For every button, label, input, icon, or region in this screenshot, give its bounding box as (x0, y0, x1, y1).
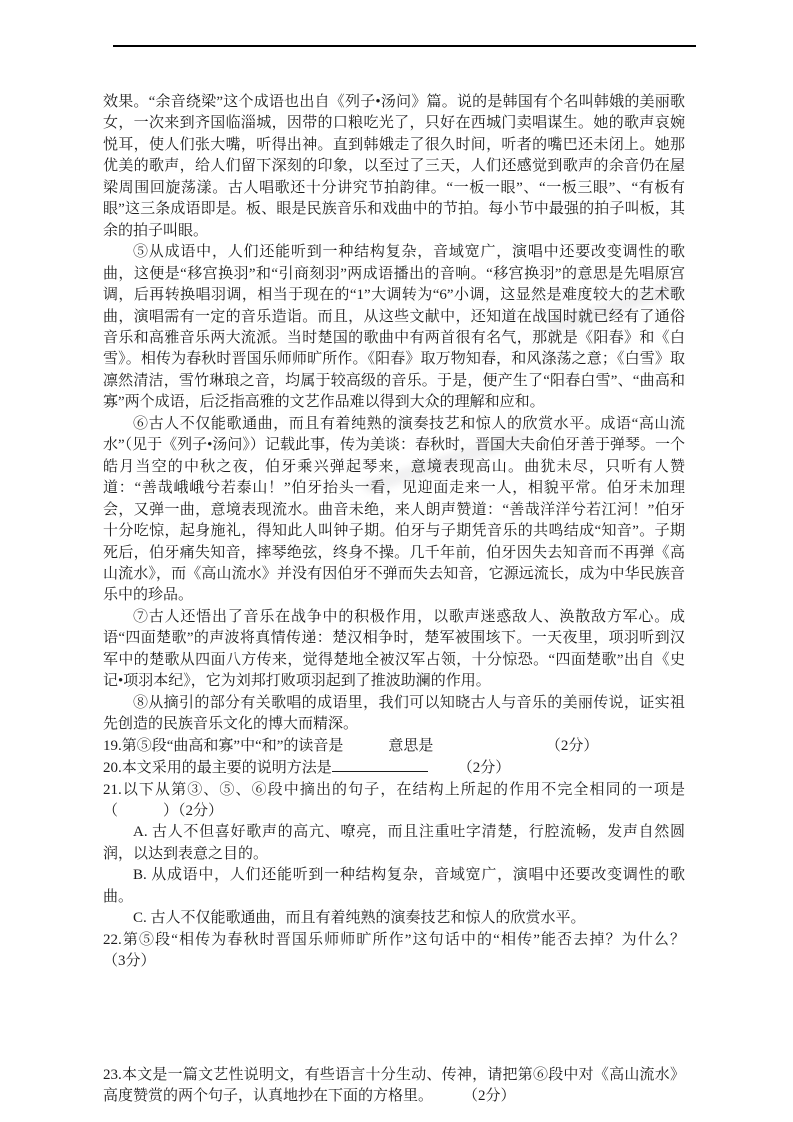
question-19: 19.第⑤段“曲高和寡”中“和”的读音是 意思是 （2分） (103, 736, 685, 757)
question-21-stem: 21.以下从第③、⑤、⑥段中摘出的句子，在结构上所起的作用不完全相同的一项是（ … (103, 780, 685, 823)
question-21-option-b: B. 从成语中，人们还能听到一种结构复杂，音域宽广，演唱中还要改变调性的歌曲。 (103, 865, 685, 908)
question-22: 22.第⑤段“相传为春秋时晋国乐师师旷所作”这句话中的“相传”能否去掉？为什么？… (103, 930, 685, 973)
article-paragraph-continuation: 效果。“余音绕梁”这个成语也出自《列子•汤问》篇。说的是韩国有个名叫韩娥的美丽歌… (103, 92, 685, 242)
question-20-text: 20.本文采用的最主要的说明方法是 (103, 760, 332, 776)
question-21-option-a: A. 古人不但喜好歌声的高亢、嘹亮，而且注重吐字清楚，行腔流畅，发声自然圆润，以… (103, 822, 685, 865)
answer-space-q22 (103, 973, 685, 1065)
document-body: 效果。“余音绕梁”这个成语也出自《列子•汤问》篇。说的是韩国有个名叫韩娥的美丽歌… (103, 92, 685, 1107)
exam-document-page: 效果。“余音绕梁”这个成语也出自《列子•汤问》篇。说的是韩国有个名叫韩娥的美丽歌… (0, 0, 793, 1122)
question-20: 20.本文采用的最主要的说明方法是（2分） (103, 757, 685, 779)
article-paragraph-7: ⑦古人还悟出了音乐在战争中的积极作用，以歌声迷惑敌人、涣散敌方军心。成语“四面楚… (103, 607, 685, 693)
answer-blank-line (332, 757, 428, 772)
question-21-option-c: C. 古人不仅能歌通曲，而且有着纯熟的演奏技艺和惊人的欣赏水平。 (103, 908, 685, 929)
question-20-score: （2分） (458, 760, 511, 776)
article-paragraph-5: ⑤从成语中，人们还能听到一种结构复杂，音域宽广，演唱中还要改变调性的歌曲，这便是… (103, 242, 685, 414)
article-paragraph-6: ⑥古人不仅能歌通曲，而且有着纯熟的演奏技艺和惊人的欣赏水平。成语“高山流水”（见… (103, 414, 685, 607)
article-paragraph-8: ⑧从摘引的部分有关歌唱的成语里，我们可以知晓古人与音乐的美丽传说，证实祖先创造的… (103, 693, 685, 736)
page-divider-rule (113, 45, 696, 47)
question-23: 23.本文是一篇文艺性说明文，有些语言十分生动、传神，请把第⑥段中对《高山流水》… (103, 1065, 685, 1108)
